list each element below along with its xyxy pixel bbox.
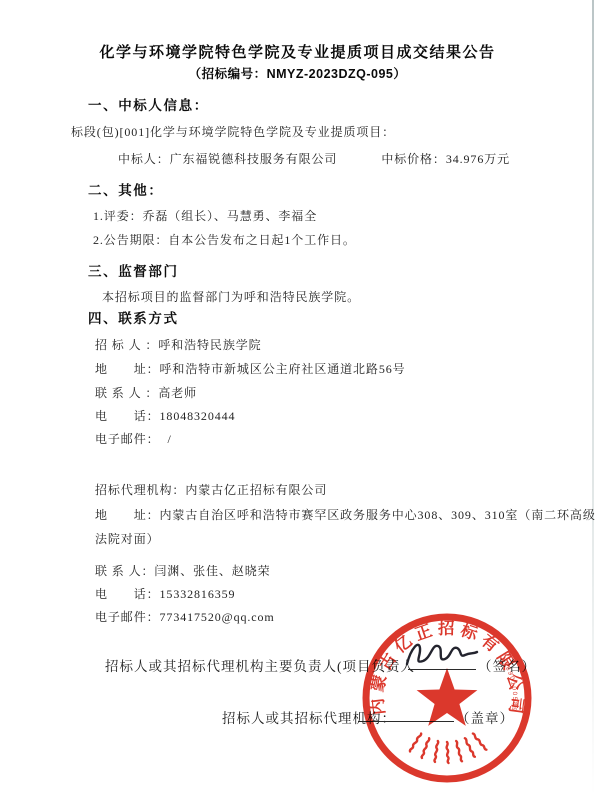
notice-period-line: 2.公告期限：自本公告发布之日起1个工作日。: [93, 232, 356, 248]
price-label: 中标价格：: [381, 152, 446, 166]
tenderer-contact-line: 联 系 人 ：高老师: [95, 385, 197, 401]
agency-address-label: 地 址：: [95, 508, 160, 522]
contact-label: 联 系 人 ：: [95, 386, 158, 400]
section1-heading: 一、中标人信息：: [88, 98, 209, 114]
agency-contact-label: 联 系 人：: [95, 564, 154, 578]
announcement-page: 化学与环境学院特色学院及专业提质项目成交结果公告 （招标编号：NMYZ-2023…: [0, 0, 595, 796]
seal-mongolian-script: [408, 733, 486, 763]
tenderer-email-line: 电子邮件：/: [95, 431, 172, 447]
scan-edge-line: [592, 0, 594, 796]
email-label: 电子邮件：: [95, 432, 160, 446]
tenderer-phone-line: 电 话：18048320444: [95, 408, 235, 424]
agency-phone-value: 15332816359: [160, 587, 236, 601]
seal-star: [417, 668, 478, 726]
section2-heading: 二、其他：: [88, 183, 164, 199]
address-label: 地 址：: [95, 362, 160, 376]
agency-name-line: 招标代理机构：内蒙古亿正招标有限公司: [95, 482, 327, 498]
section3-heading: 三、监督部门: [88, 264, 179, 280]
agency-contact-line: 联 系 人：闫渊、张佳、赵晓荣: [95, 563, 271, 579]
agency-name-value: 内蒙古亿正招标有限公司: [185, 483, 327, 497]
section4-heading: 四、联系方式: [88, 311, 179, 327]
lot-line: 标段(包)[001]化学与环境学院特色学院及专业提质项目：: [71, 124, 395, 140]
tenderer-line: 招 标 人 ：呼和浩特民族学院: [95, 337, 262, 353]
price-value: 34.976万元: [446, 152, 510, 166]
winner-line: 中标人：广东福锐德科技服务有限公司中标价格：34.976万元: [118, 151, 510, 167]
agency-address-value2: 法院对面）: [95, 532, 160, 546]
agency-email-label: 电子邮件：: [95, 610, 160, 624]
company-seal: 内蒙古亿正招标有限公司 9890100589: [355, 606, 539, 790]
winner-name: 广东福锐德科技服务有限公司: [170, 152, 338, 166]
agency-name-label: 招标代理机构：: [95, 483, 185, 497]
agency-contact-value: 闫渊、张佳、赵晓荣: [154, 564, 270, 578]
tender-number: （招标编号：NMYZ-2023DZQ-095）: [0, 64, 595, 82]
contact-value: 高老师: [158, 386, 197, 400]
agency-phone-line: 电 话：15332816359: [95, 586, 235, 602]
phone-label: 电 话：: [95, 409, 160, 423]
agency-email-line: 电子邮件：773417520@qq.com: [95, 609, 275, 625]
agency-address-line2: 法院对面）: [95, 531, 160, 547]
tenderer-address-line: 地 址：呼和浩特市新城区公主府社区通道北路56号: [95, 361, 406, 377]
agency-address-value1: 内蒙古自治区呼和浩特市赛罕区政务服务中心308、309、310室（南二环高级人民: [160, 508, 595, 522]
supervision-line: 本招标项目的监督部门为呼和浩特民族学院。: [102, 289, 360, 305]
agency-phone-label: 电 话：: [95, 587, 160, 601]
email-value: /: [168, 432, 172, 446]
phone-value: 18048320444: [160, 409, 236, 423]
agency-address-line1: 地 址：内蒙古自治区呼和浩特市赛罕区政务服务中心308、309、310室（南二环…: [95, 507, 595, 523]
address-value: 呼和浩特市新城区公主府社区通道北路56号: [160, 362, 406, 376]
document-title: 化学与环境学院特色学院及专业提质项目成交结果公告: [0, 41, 595, 62]
tenderer-label: 招 标 人 ：: [95, 338, 158, 352]
agency-email-value: 773417520@qq.com: [160, 610, 275, 624]
tenderer-value: 呼和浩特民族学院: [158, 338, 261, 352]
jury-line: 1.评委：乔磊（组长）、马慧勇、李福全: [93, 208, 317, 224]
winner-label: 中标人：: [118, 152, 170, 166]
